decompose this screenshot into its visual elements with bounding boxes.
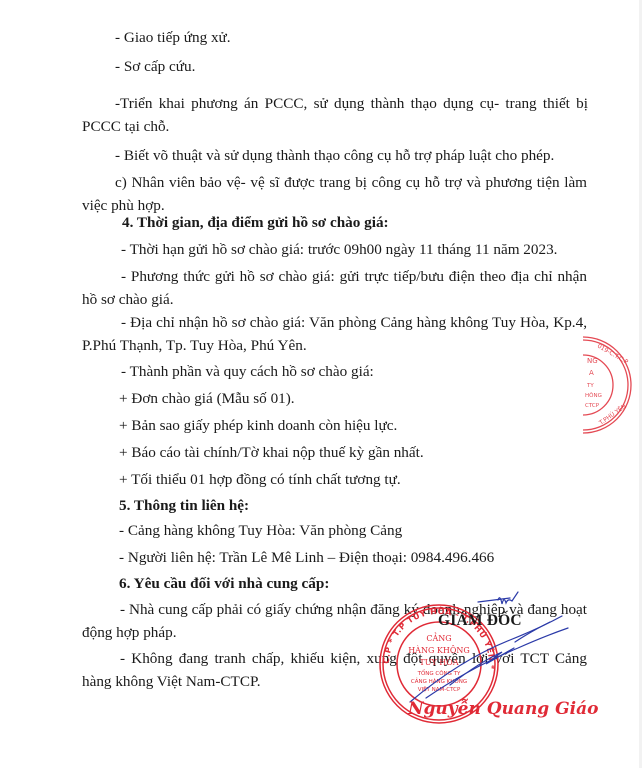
section-5-heading: 5. Thông tin liên hệ: bbox=[119, 496, 249, 515]
signer-name: Nguyễn Quang Giáo bbox=[408, 699, 598, 719]
document-page: - Giao tiếp ứng xử. - Sơ cấp cứu. -Triển… bbox=[0, 0, 642, 768]
svg-text:A: A bbox=[589, 369, 594, 377]
section-6-heading: 6. Yêu cầu đối với nhà cung cấp: bbox=[119, 574, 329, 593]
svg-text:NG: NG bbox=[587, 357, 598, 365]
para-guard-equipment: c) Nhân viên bảo vệ- vệ sĩ được trang bị… bbox=[82, 171, 587, 217]
section-4-deadline: - Thời hạn gửi hồ sơ chào giá: trước 09h… bbox=[121, 240, 557, 259]
partial-stamp-icon: NG A TY HÔNG CTCP 019-C.T.C.P T.PHÚ YÊN bbox=[583, 335, 642, 435]
section-4-heading: 4. Thời gian, địa điểm gửi hồ sơ chào gi… bbox=[122, 213, 389, 232]
signature-icon bbox=[390, 590, 570, 710]
svg-text:TY: TY bbox=[586, 383, 594, 389]
section-4-address: - Địa chỉ nhận hồ sơ chào giá: Văn phòng… bbox=[82, 311, 587, 357]
svg-text:HÔNG: HÔNG bbox=[585, 392, 602, 399]
bullet-martial-arts: - Biết võ thuật và sử dụng thành thạo cô… bbox=[115, 146, 554, 165]
section-4-components-intro: - Thành phần và quy cách hồ sơ chào giá: bbox=[121, 362, 374, 381]
section-4-item-2: + Bản sao giấy phép kinh doanh còn hiệu … bbox=[119, 416, 397, 435]
svg-text:019-C.T.C.P: 019-C.T.C.P bbox=[596, 343, 630, 366]
para-fire-safety: -Triển khai phương án PCCC, sử dụng thàn… bbox=[82, 92, 588, 138]
section-5-contact: - Người liên hệ: Trần Lê Mê Linh – Điện … bbox=[119, 548, 494, 567]
section-4-item-3: + Báo cáo tài chính/Tờ khai nộp thuế kỳ … bbox=[119, 443, 424, 462]
bullet-communication: - Giao tiếp ứng xử. bbox=[115, 28, 231, 47]
svg-text:CTCP: CTCP bbox=[585, 403, 600, 409]
section-5-office: - Cảng hàng không Tuy Hòa: Văn phòng Cản… bbox=[119, 521, 402, 540]
section-4-item-4: + Tối thiểu 01 hợp đồng có tính chất tươ… bbox=[119, 470, 401, 489]
section-4-item-1: + Đơn chào giá (Mẫu số 01). bbox=[119, 389, 295, 408]
bullet-first-aid: - Sơ cấp cứu. bbox=[115, 57, 195, 76]
section-4-method: - Phương thức gửi hồ sơ chào giá: gửi tr… bbox=[82, 265, 587, 311]
